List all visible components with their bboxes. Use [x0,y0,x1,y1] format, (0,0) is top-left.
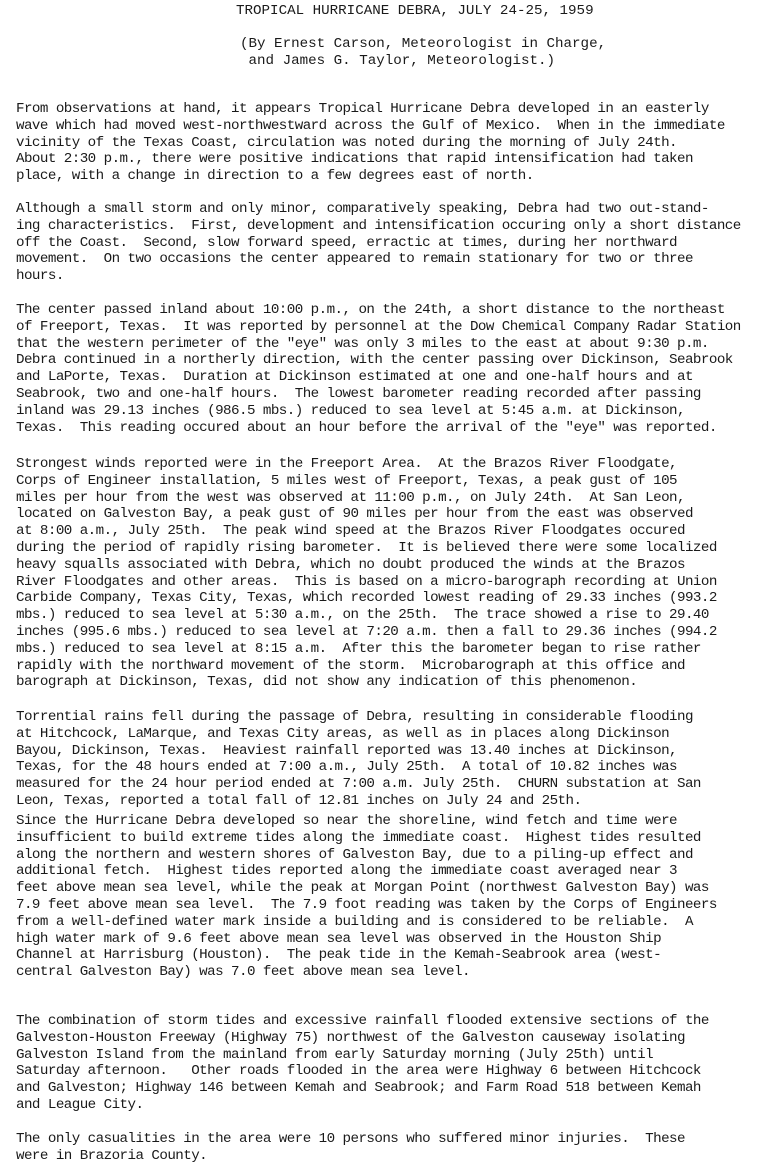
paragraph-4: Strongest winds reported were in the Fre… [16,456,717,691]
text-line: at 8:00 a.m., July 25th. The peak wind s… [16,523,685,539]
paragraph-6: Since the Hurricane Debra developed so n… [16,813,717,981]
text-line: place, with a change in direction to a f… [16,168,534,184]
paragraph-7: The combination of storm tides and exces… [16,1013,709,1114]
text-line: Leon, Texas, reported a total fall of 12… [16,793,581,809]
document-title: TROPICAL HURRICANE DEBRA, JULY 24-25, 19… [236,3,594,20]
paragraph-5: Torrential rains fell during the passage… [16,709,701,810]
text-line: mbs.) reduced to sea level at 8:15 a.m. … [16,641,701,657]
text-line: feet above mean sea level, while the pea… [16,880,709,896]
paragraph-3: The center passed inland about 10:00 p.m… [16,302,741,436]
text-line: The only casualities in the area were 10… [16,1131,685,1147]
text-line: About 2:30 p.m., there were positive ind… [16,151,693,167]
text-line: Texas. This reading occured about an hou… [16,420,717,436]
text-line: barograph at Dickinson, Texas, did not s… [16,674,637,690]
text-line: Corps of Engineer installation, 5 miles … [16,473,677,489]
text-line: River Floodgates and other areas. This i… [16,574,717,590]
text-line: that the western perimeter of the "eye" … [16,336,709,352]
text-line: The combination of storm tides and exces… [16,1013,709,1029]
text-line: Channel at Harrisburg (Houston). The pea… [16,947,661,963]
text-line: ing characteristics. First, development … [16,218,741,234]
byline-line-2: and James G. Taylor, Meteorologist.) [240,53,555,69]
text-line: movement. On two occasions the center ap… [16,251,693,267]
text-line: Seabrook, two and one-half hours. The lo… [16,386,701,402]
text-line: mbs.) reduced to sea level at 5:30 a.m.,… [16,607,709,623]
text-line: located on Galveston Bay, a peak gust of… [16,506,693,522]
text-line: along the northern and western shores of… [16,847,693,863]
text-line: of Freeport, Texas. It was reported by p… [16,319,741,335]
text-line: central Galveston Bay) was 7.0 feet abov… [16,964,470,980]
paragraph-1: From observations at hand, it appears Tr… [16,101,725,185]
text-line: and League City. [16,1097,143,1113]
text-line: Since the Hurricane Debra developed so n… [16,813,677,829]
text-line: hours. [16,268,64,284]
text-line: vicinity of the Texas Coast, circulation… [16,135,677,151]
text-line: Saturday afternoon. Other roads flooded … [16,1063,701,1079]
text-line: inland was 29.13 inches (986.5 mbs.) red… [16,403,685,419]
text-line: and LaPorte, Texas. Duration at Dickinso… [16,369,693,385]
byline-line-1: (By Ernest Carson, Meteorologist in Char… [240,36,606,52]
text-line: Debra continued in a northerly direction… [16,352,733,368]
text-line: Galveston-Houston Freeway (Highway 75) n… [16,1030,685,1046]
text-line: Bayou, Dickinson, Texas. Heaviest rainfa… [16,743,677,759]
text-line: inches (995.6 mbs.) reduced to sea level… [16,624,717,640]
text-line: during the period of rapidly rising baro… [16,540,717,556]
text-line: insufficient to build extreme tides alon… [16,830,701,846]
text-line: measured for the 24 hour period ended at… [16,776,701,792]
text-line: from a well-defined water mark inside a … [16,914,693,930]
text-line: Carbide Company, Texas City, Texas, whic… [16,590,717,606]
text-line: off the Coast. Second, slow forward spee… [16,235,677,251]
text-line: Texas, for the 48 hours ended at 7:00 a.… [16,759,677,775]
text-line: Although a small storm and only minor, c… [16,201,709,217]
text-line: miles per hour from the west was observe… [16,490,685,506]
text-line: Strongest winds reported were in the Fre… [16,456,677,472]
paragraph-8: The only casualities in the area were 10… [16,1131,685,1165]
paragraph-2: Although a small storm and only minor, c… [16,201,741,285]
text-line: wave which had moved west-northwestward … [16,118,725,134]
text-line: heavy squalls associated with Debra, whi… [16,557,685,573]
text-line: high water mark of 9.6 feet above mean s… [16,931,661,947]
text-line: The center passed inland about 10:00 p.m… [16,302,725,318]
text-line: From observations at hand, it appears Tr… [16,101,709,117]
text-line: Galveston Island from the mainland from … [16,1047,653,1063]
text-line: Torrential rains fell during the passage… [16,709,693,725]
text-line: at Hitchcock, LaMarque, and Texas City a… [16,726,669,742]
byline: (By Ernest Carson, Meteorologist in Char… [240,36,606,70]
text-line: additional fetch. Highest tides reported… [16,863,677,879]
text-line: 7.9 feet above mean sea level. The 7.9 f… [16,897,717,913]
text-line: were in Brazoria County. [16,1148,207,1164]
text-line: rapidly with the northward movement of t… [16,658,685,674]
text-line: and Galveston; Highway 146 between Kemah… [16,1080,701,1096]
